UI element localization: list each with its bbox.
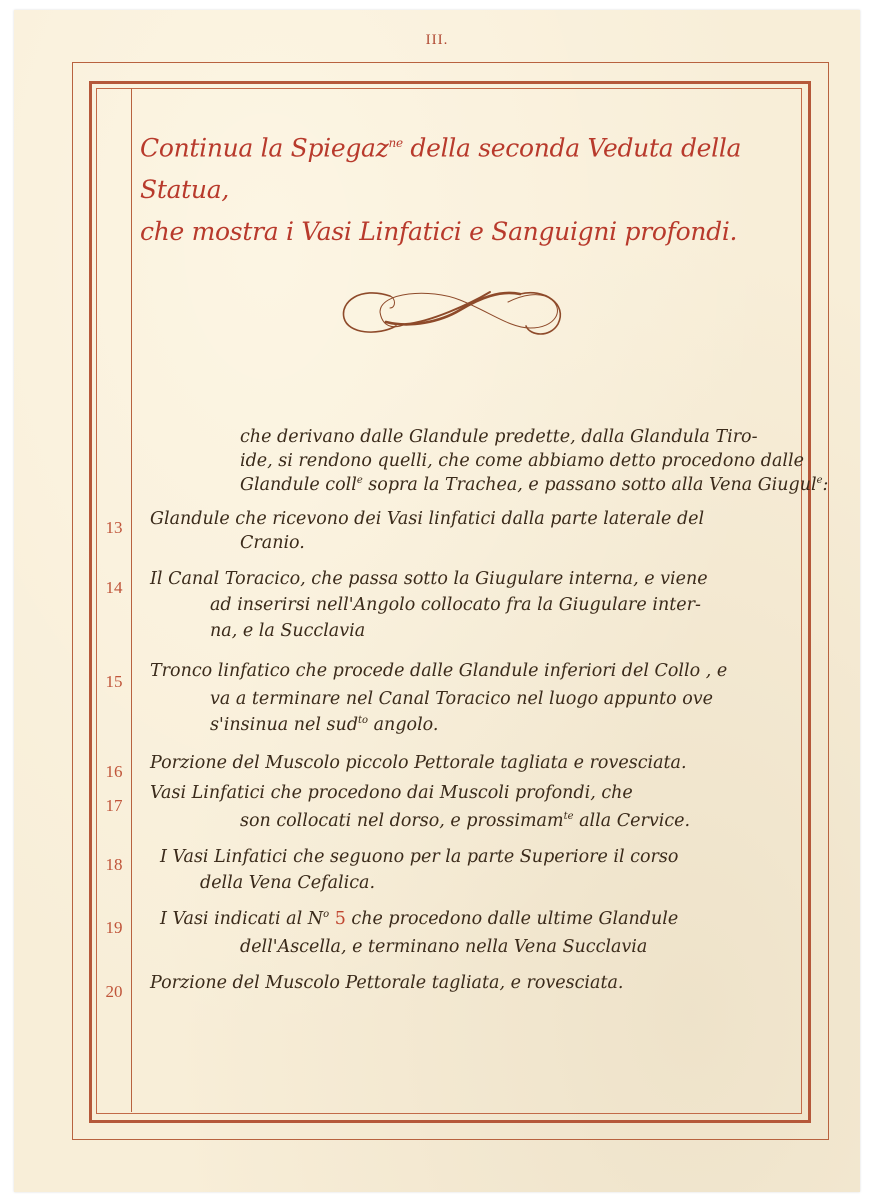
intro-line-1: che derivano dalle Glandule predette, da… [240,424,758,450]
entry-text: angolo. [368,715,438,735]
intro-text: sopra la Trachea, e passano sotto alla V… [363,475,817,495]
title-abbrev-sup: ne [389,136,403,150]
entry-text: I Vasi indicati al N [160,909,323,929]
entry-19-line-2: dell'Ascella, e terminano nella Vena Suc… [240,934,647,960]
entry-number-18: 18 [100,855,128,875]
entry-14-line-3: na, e la Succlavia [210,618,365,644]
entry-15-line-3: s'insinua nel sudto angolo. [210,712,438,738]
entry-text: che procedono dalle ultime Glandule [346,909,678,929]
entry-16-line-1: Porzione del Muscolo piccolo Pettorale t… [150,750,687,776]
page-title: Continua la Spiegazne della seconda Vedu… [140,122,800,253]
title-line-1: Continua la Spiegazne della seconda Vedu… [140,122,800,211]
numeral-margin-rule [131,88,132,1112]
entry-18-line-1: I Vasi Linfatici che seguono per la part… [160,844,678,870]
entry-14-line-2: ad inserirsi nell'Angolo collocato fra l… [210,592,701,618]
entry-text: son collocati nel dorso, e prossimam [240,811,564,831]
entry-number-15: 15 [100,672,128,692]
entry-15-line-2: va a terminare nel Canal Toracico nel lu… [210,686,713,712]
figure-reference-number: 5 [335,909,346,929]
entry-17-line-2: son collocati nel dorso, e prossimamte a… [240,808,690,834]
entry-20-line-1: Porzione del Muscolo Pettorale tagliata,… [150,970,623,996]
entry-number-14: 14 [100,578,128,598]
entry-14-line-1: Il Canal Toracico, che passa sotto la Gi… [150,566,708,592]
intro-line-3: Glandule colle sopra la Trachea, e passa… [240,472,828,498]
entry-15-line-1: Tronco linfatico che procede dalle Gland… [150,658,727,684]
entry-number-16: 16 [100,762,128,782]
abbrev-sup: to [358,715,368,726]
entry-number-19: 19 [100,918,128,938]
entry-18-line-2: della Vena Cefalica. [200,870,375,896]
entry-number-20: 20 [100,982,128,1002]
entry-13-line-1: Glandule che ricevono dei Vasi linfatici… [150,506,704,532]
entry-13-line-2: Cranio. [240,530,305,556]
page-number: III. [0,32,874,49]
entry-text: alla Cervice. [574,811,691,831]
entry-number-13: 13 [100,518,128,538]
intro-line-2: ide, si rendono quelli, che come abbiamo… [240,448,804,474]
calligraphic-flourish-icon [330,282,570,342]
entry-number-17: 17 [100,796,128,816]
title-text: Continua la Spiegaz [140,133,389,162]
title-line-2: che mostra i Vasi Linfatici e Sanguigni … [140,211,800,253]
abbrev-sup: o [323,909,329,920]
entry-17-line-1: Vasi Linfatici che procedono dai Muscoli… [150,780,633,806]
intro-text: Glandule coll [240,475,357,495]
abbrev-sup: te [564,811,574,822]
entry-text: s'insinua nel sud [210,715,358,735]
entry-19-line-1: I Vasi indicati al No 5 che procedono da… [160,906,678,932]
